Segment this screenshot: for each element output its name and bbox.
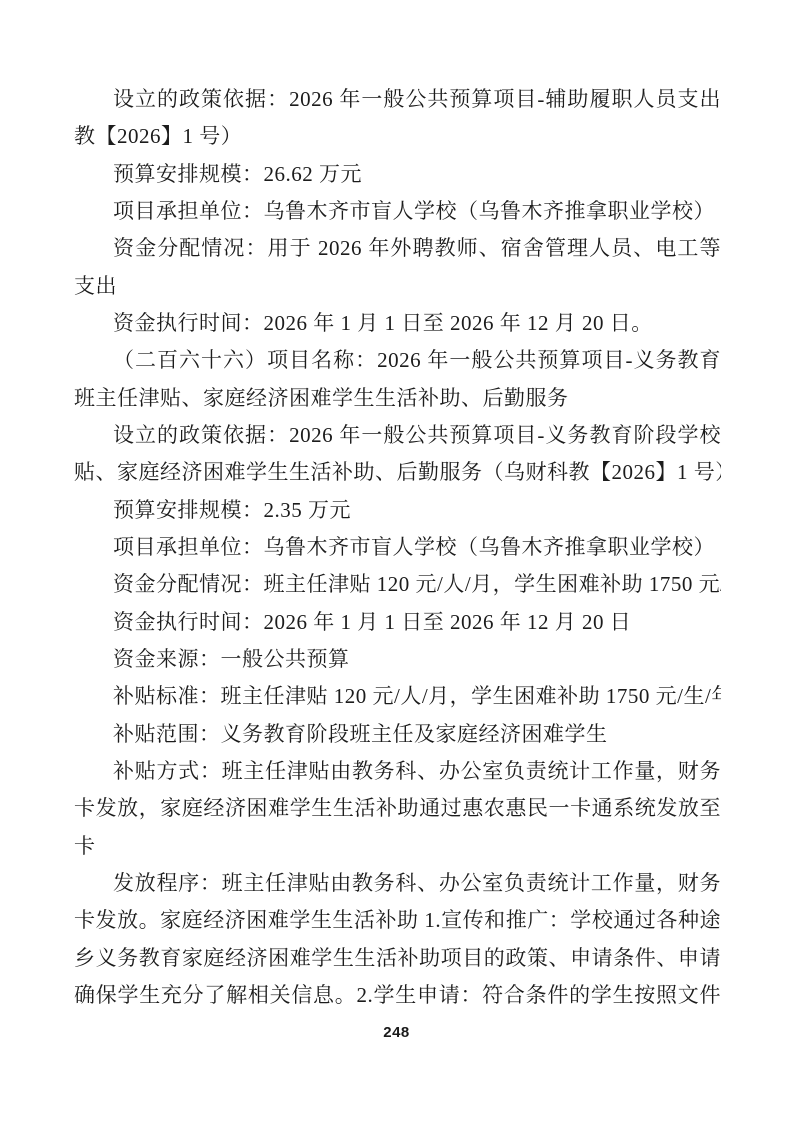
text-line: （二百六十六）项目名称：2026 年一般公共预算项目-义务教育阶段学校 — [74, 342, 721, 379]
text-line: 项目承担单位：乌鲁木齐市盲人学校（乌鲁木齐推拿职业学校） — [74, 529, 721, 566]
document-page: 设立的政策依据：2026 年一般公共预算项目-辅助履职人员支出（乌财科 教【20… — [0, 0, 793, 1122]
text-line: 乡义务教育家庭经济困难学生生活补助项目的政策、申请条件、申请流程等， — [74, 940, 721, 977]
text-line: 资金分配情况：用于 2026 年外聘教师、宿舍管理人员、电工等人员工资 — [74, 230, 721, 267]
text-line: 预算安排规模：26.62 万元 — [74, 156, 721, 193]
text-line: 设立的政策依据：2026 年一般公共预算项目-义务教育阶段学校班主任津 — [74, 417, 721, 454]
text-line: 资金执行时间：2026 年 1 月 1 日至 2026 年 12 月 20 日。 — [74, 305, 721, 342]
text-line: 项目承担单位：乌鲁木齐市盲人学校（乌鲁木齐推拿职业学校） — [74, 193, 721, 230]
document-body: 设立的政策依据：2026 年一般公共预算项目-辅助履职人员支出（乌财科 教【20… — [74, 81, 721, 1014]
text-line: 教【2026】1 号） — [74, 118, 721, 155]
text-line: 补贴方式：班主任津贴由教务科、办公室负责统计工作量，财务室进行打 — [74, 753, 721, 790]
text-line: 补贴标准：班主任津贴 120 元/人/月，学生困难补助 1750 元/生/年 — [74, 678, 721, 715]
text-line: 预算安排规模：2.35 万元 — [74, 492, 721, 529]
text-line: 资金分配情况：班主任津贴 120 元/人/月，学生困难补助 1750 元/生/年 — [74, 566, 721, 603]
text-line: 贴、家庭经济困难学生生活补助、后勤服务（乌财科教【2026】1 号） — [74, 454, 721, 491]
page-number: 248 — [0, 1024, 793, 1041]
text-line: 确保学生充分了解相关信息。2.学生申请：符合条件的学生按照文件要求提交 — [74, 977, 721, 1014]
text-line: 卡 — [74, 828, 721, 865]
text-line: 资金来源：一般公共预算 — [74, 641, 721, 678]
text-line: 发放程序：班主任津贴由教务科、办公室负责统计工作量，财务室进行打 — [74, 865, 721, 902]
text-line: 设立的政策依据：2026 年一般公共预算项目-辅助履职人员支出（乌财科 — [74, 81, 721, 118]
text-line: 卡发放，家庭经济困难学生生活补助通过惠农惠民一卡通系统发放至学生社保 — [74, 790, 721, 827]
text-line: 补贴范围：义务教育阶段班主任及家庭经济困难学生 — [74, 716, 721, 753]
text-line: 支出 — [74, 268, 721, 305]
text-line: 卡发放。家庭经济困难学生生活补助 1.宣传和推广：学校通过各种途径宣传城 — [74, 902, 721, 939]
text-line: 班主任津贴、家庭经济困难学生生活补助、后勤服务 — [74, 380, 721, 417]
text-line: 资金执行时间：2026 年 1 月 1 日至 2026 年 12 月 20 日 — [74, 604, 721, 641]
